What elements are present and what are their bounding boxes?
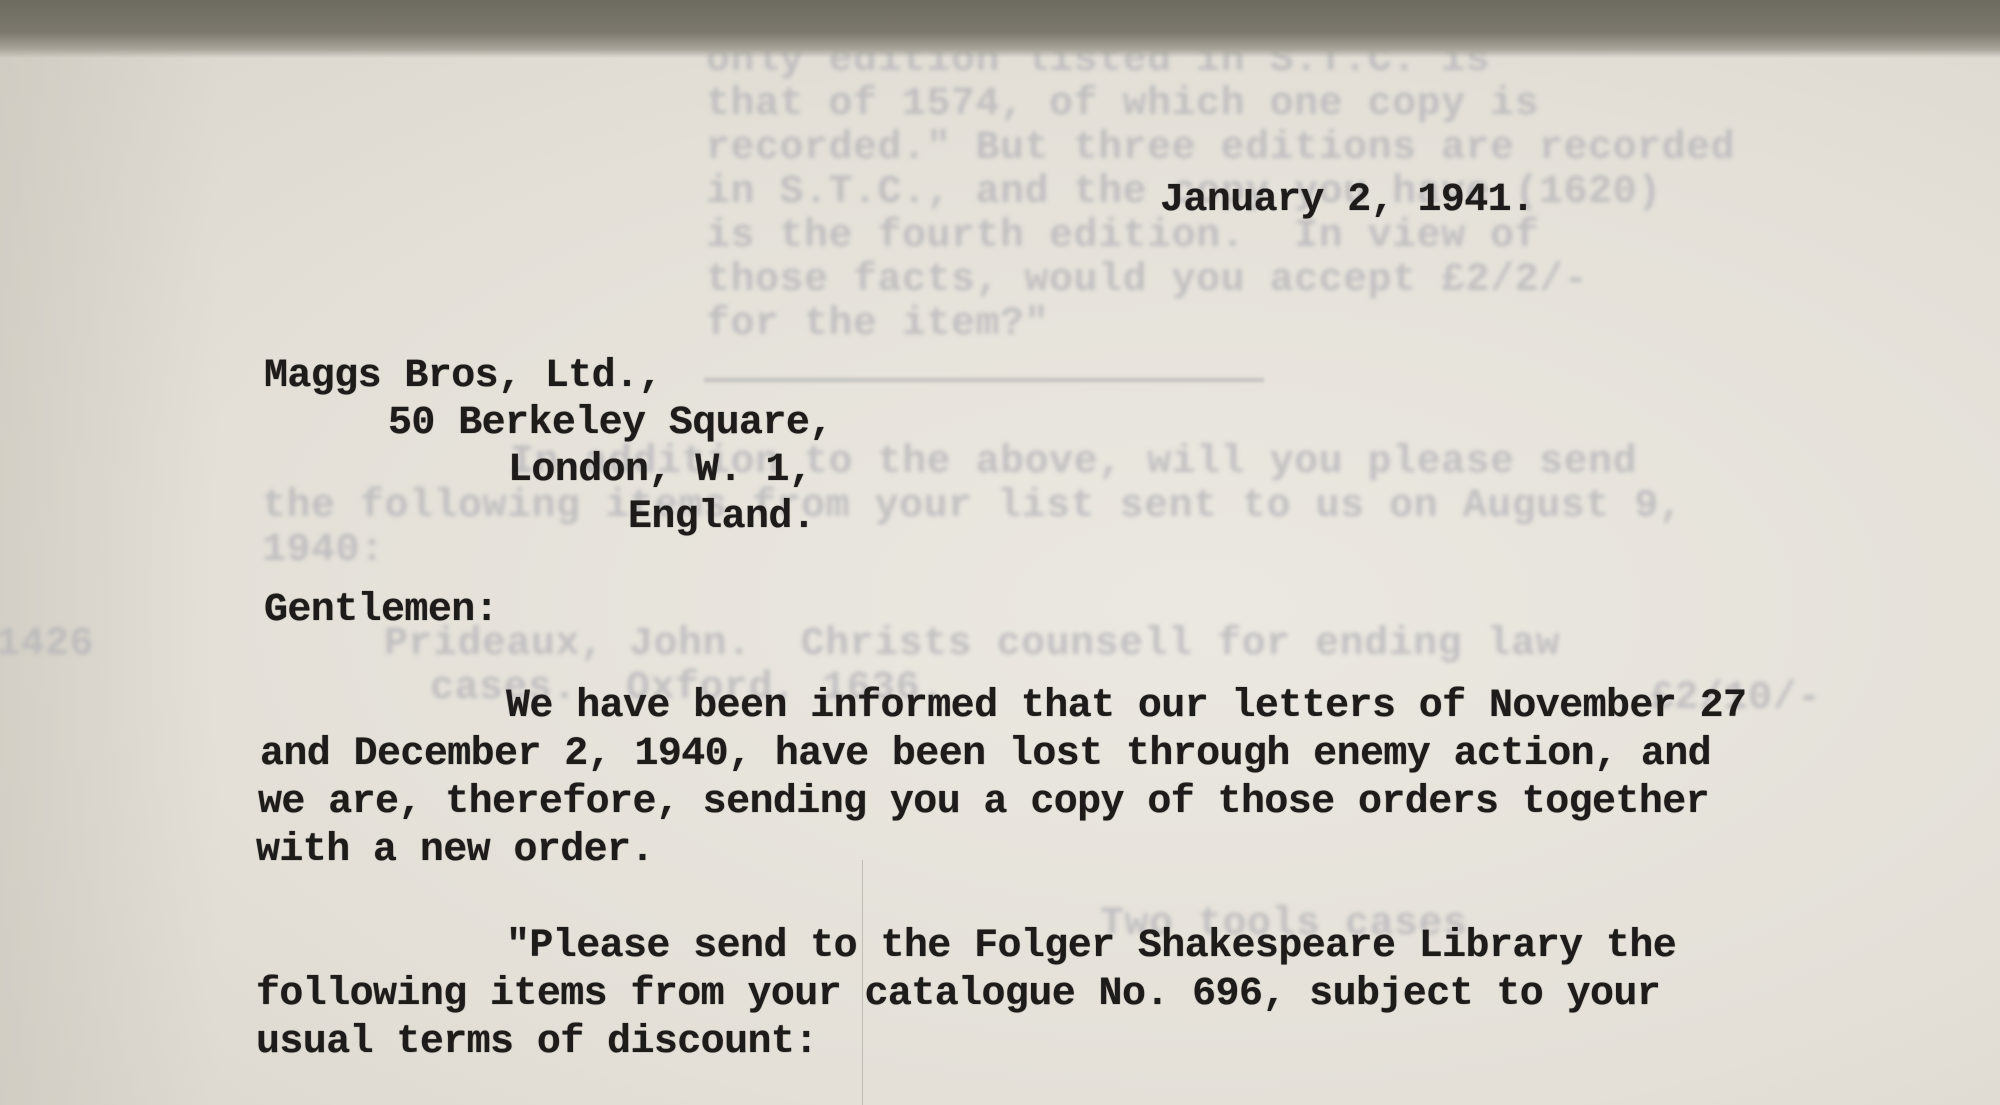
top-shadow xyxy=(0,0,2000,58)
bleed-rule xyxy=(704,378,1264,382)
paragraph-line: following items from your catalogue No. … xyxy=(256,972,1660,1017)
bleed-item-number: 1426 xyxy=(0,622,94,667)
paragraph-line: We have been informed that our letters o… xyxy=(506,684,1746,729)
paragraph-line: with a new order. xyxy=(256,828,654,873)
recipient-name: Maggs Bros, Ltd., xyxy=(264,354,662,399)
recipient-street: 50 Berkeley Square, xyxy=(388,401,833,446)
bleed-line: that of 1574, of which one copy is xyxy=(706,82,1539,127)
letter-date: January 2, 1941. xyxy=(1160,178,1534,223)
bleed-line: Prideaux, John. Christs counsell for end… xyxy=(384,622,1560,667)
paragraph-line: "Please send to the Folger Shakespeare L… xyxy=(506,924,1676,969)
bleed-line: recorded." But three editions are record… xyxy=(706,126,1735,171)
bleed-line: the following items from your list sent … xyxy=(262,484,1683,529)
paragraph-line: usual terms of discount: xyxy=(256,1020,818,1065)
recipient-city: London, W. 1, xyxy=(508,448,812,493)
page-shading xyxy=(0,0,220,1105)
recipient-country: England. xyxy=(628,495,815,540)
paragraph-line: we are, therefore, sending you a copy of… xyxy=(258,780,1709,825)
bleed-line: those facts, would you accept £2/2/- xyxy=(706,258,1588,303)
bleed-line: for the item?" xyxy=(706,302,1049,347)
salutation: Gentlemen: xyxy=(264,588,498,633)
paragraph-line: and December 2, 1940, have been lost thr… xyxy=(260,732,1711,777)
bleed-line: 1940: xyxy=(262,528,385,573)
